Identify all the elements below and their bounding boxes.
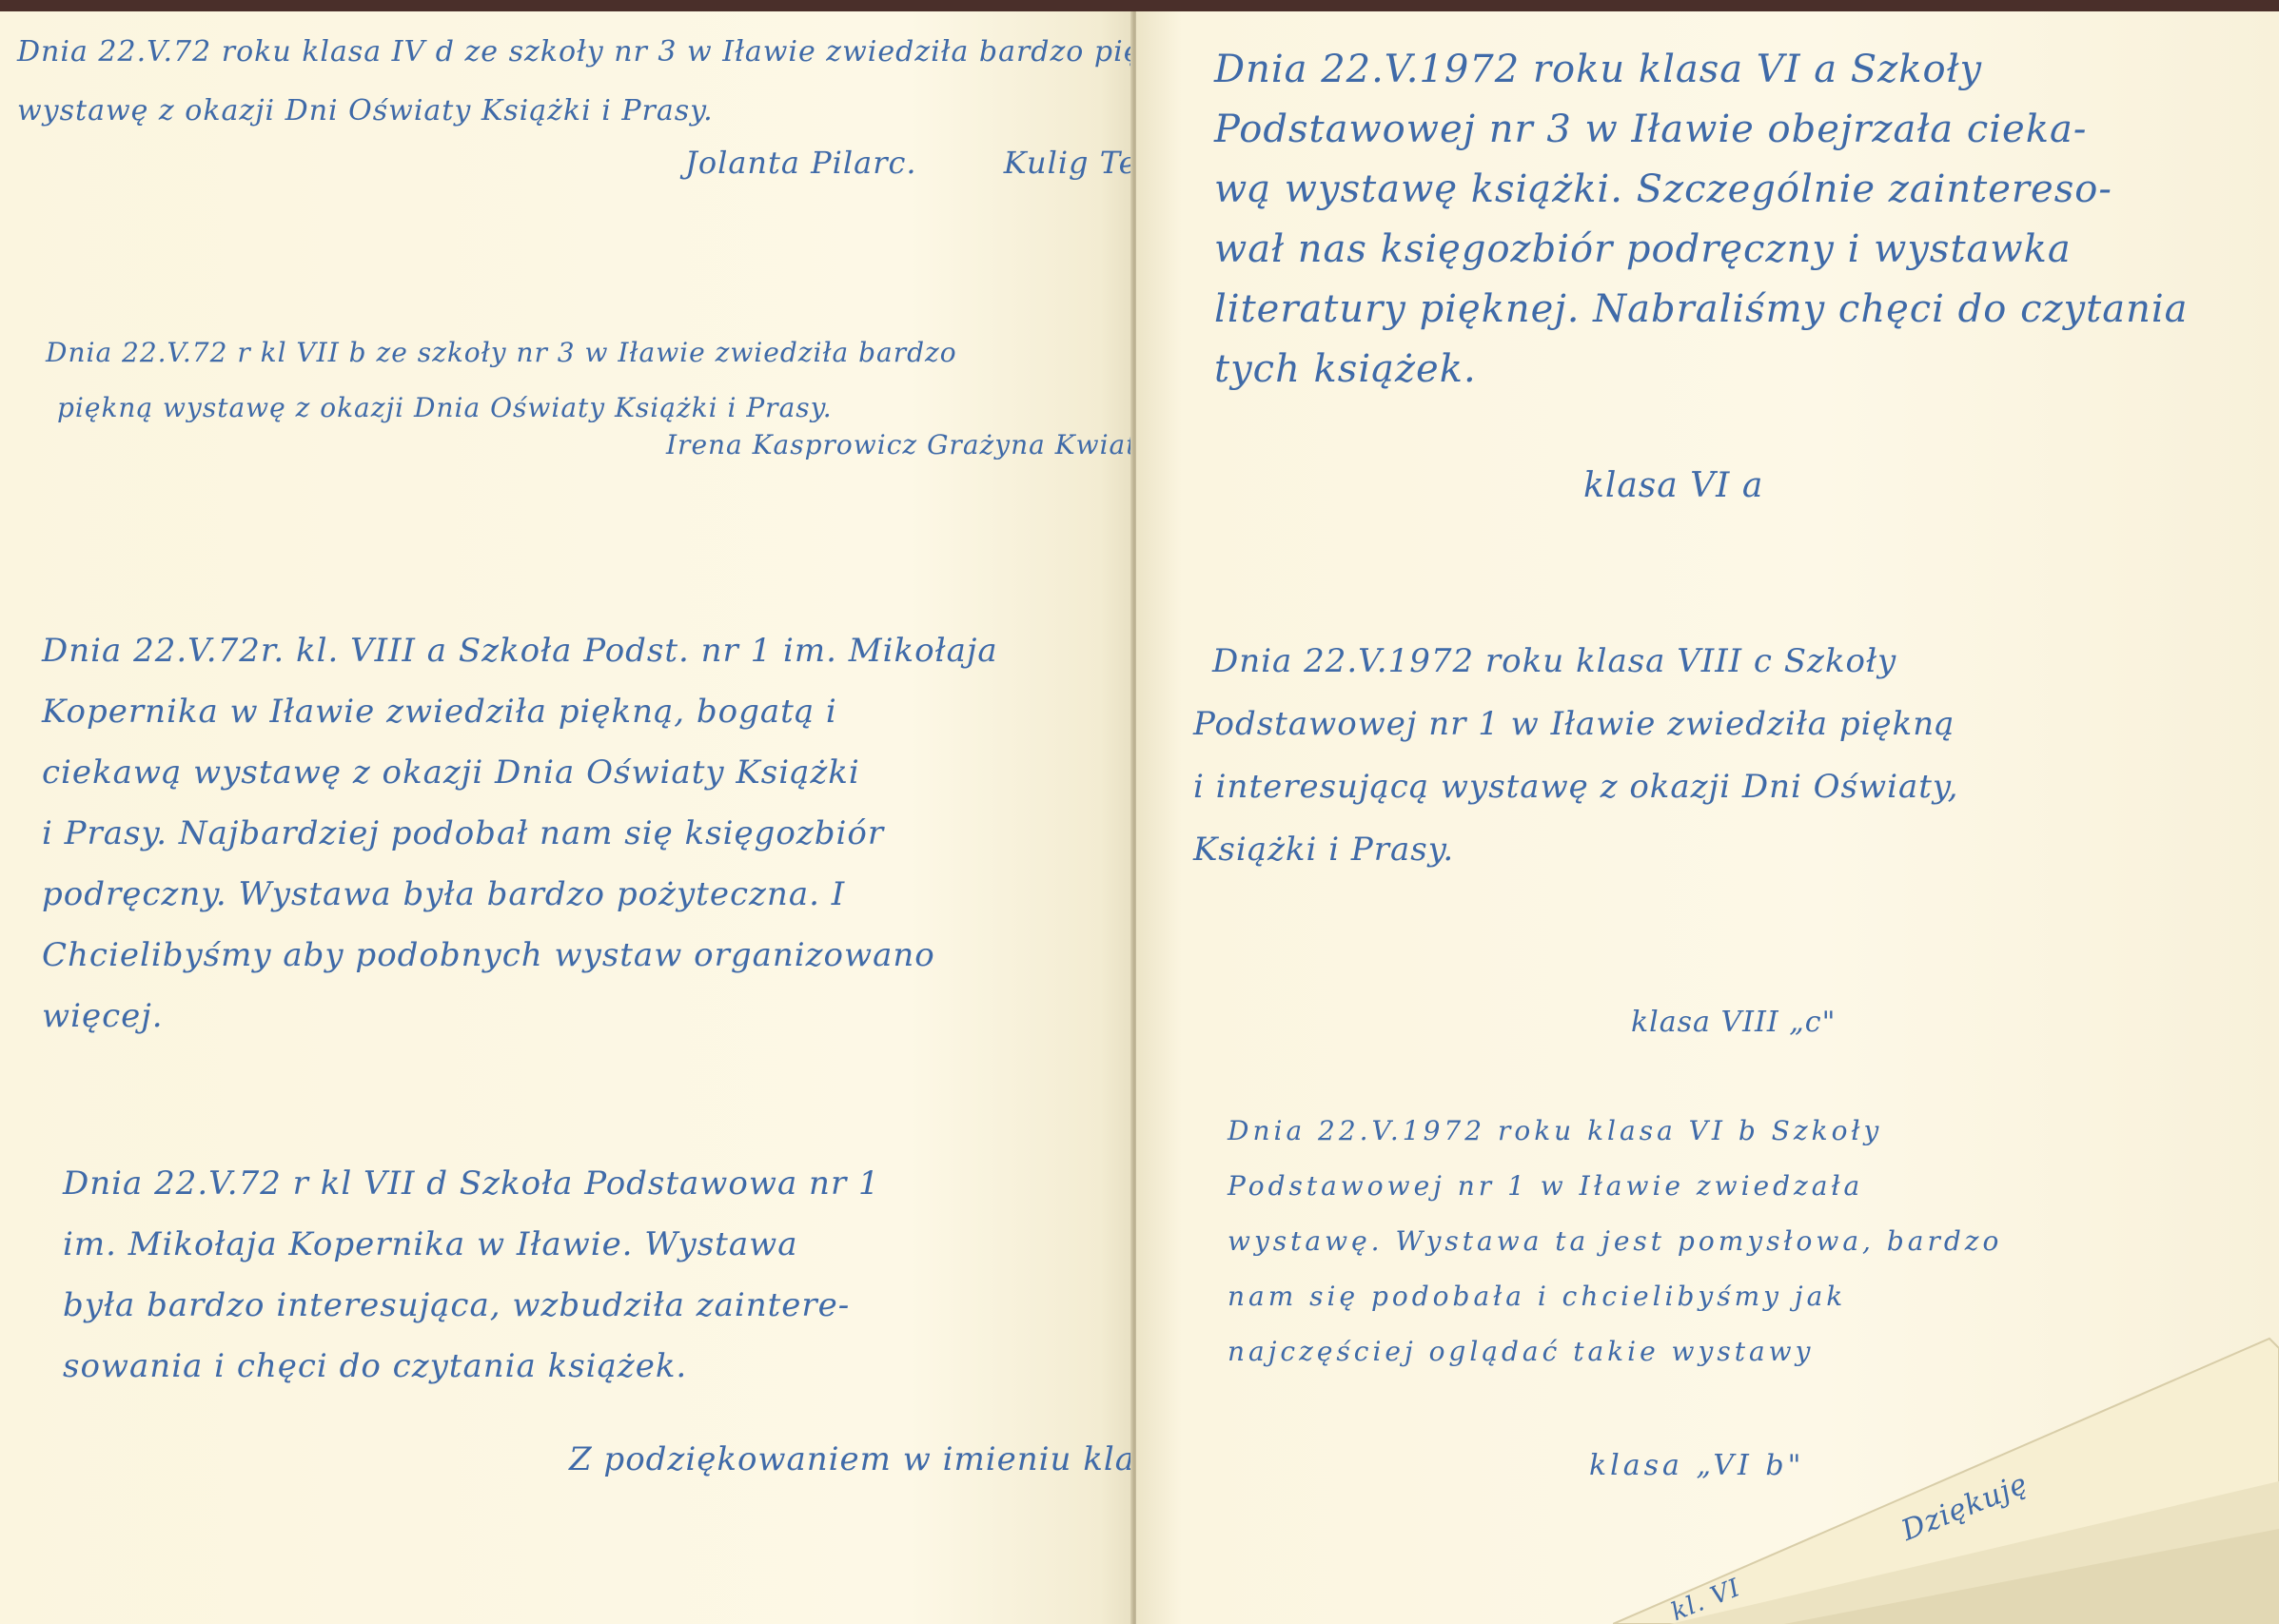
entry-line: Książki i Prasy. bbox=[1193, 818, 1958, 881]
entry-line: podręczny. Wystawa była bardzo pożyteczn… bbox=[42, 864, 998, 925]
entry-line: i Prasy. Najbardziej podobał nam się ksi… bbox=[42, 803, 998, 864]
entry-line: literatury pięknej. Nabraliśmy chęci do … bbox=[1214, 280, 2188, 340]
entry-class-7d: Dnia 22.V.72 r kl VII d Szkoła Podstawow… bbox=[63, 1153, 880, 1397]
entry-line: sowania i chęci do czytania książek. bbox=[63, 1336, 880, 1397]
entry-line: ciekawą wystawę z okazji Dnia Oświaty Ks… bbox=[42, 742, 998, 803]
left-page: Dnia 22.V.72 roku klasa IV d ze szkoły n… bbox=[0, 11, 1134, 1624]
entry-line: wą wystawę książki. Szczególnie zaintere… bbox=[1214, 160, 2188, 220]
entry-class-8c: Dnia 22.V.1972 roku klasa VIII c Szkoły … bbox=[1193, 630, 1958, 881]
entry-line: Podstawowej nr 3 w Iławie obejrzała ciek… bbox=[1214, 100, 2188, 160]
entry-line: Dnia 22.V.1972 roku klasa VI a Szkoły bbox=[1214, 40, 2188, 100]
signature: Irena Kasprowicz bbox=[666, 429, 917, 460]
book-cover-edge bbox=[0, 0, 2279, 11]
entry-class-8a: Dnia 22.V.72r. kl. VIII a Szkoła Podst. … bbox=[42, 620, 998, 1047]
entry-line: wał nas księgozbiór podręczny i wystawka bbox=[1214, 220, 2188, 280]
entry-line: Chcielibyśmy aby podobnych wystaw organi… bbox=[42, 925, 998, 986]
entry-line: wystawę z okazji Dni Oświaty Książki i P… bbox=[17, 84, 1197, 139]
signature: Z podziękowaniem bbox=[569, 1440, 892, 1478]
signature: Jolanta Pilarc. bbox=[685, 145, 917, 181]
entry-line: więcej. bbox=[42, 986, 998, 1047]
entry-line: Kopernika w Iławie zwiedziła piękną, bog… bbox=[42, 681, 998, 742]
entry-line: Dnia 22.V.1972 roku klasa VIII c Szkoły bbox=[1193, 630, 1958, 693]
entry-line: Dnia 22.V.72 roku klasa IV d ze szkoły n… bbox=[17, 25, 1197, 80]
folded-page-corner: Dziękuję kl. VI bbox=[1613, 1310, 2279, 1624]
entry-line: Dnia 22.V.1972 roku klasa VI b Szkoły bbox=[1228, 1104, 2002, 1159]
entry-line: im. Mikołaja Kopernika w Iławie. Wystawa bbox=[63, 1214, 880, 1275]
signature: klasa VI a bbox=[1583, 459, 1763, 514]
entry-line: wystawę. Wystawa ta jest pomysłowa, bard… bbox=[1228, 1214, 2002, 1269]
entry-line: Dnia 22.V.72 r kl VII b ze szkoły nr 3 w… bbox=[46, 325, 957, 381]
entry-class-4d: Dnia 22.V.72 roku klasa IV d ze szkoły n… bbox=[17, 25, 1197, 139]
entry-line: Dnia 22.V.72 r kl VII d Szkoła Podstawow… bbox=[63, 1153, 880, 1214]
entry-line: była bardzo interesująca, wzbudziła zain… bbox=[63, 1275, 880, 1336]
entry-line: tych książek. bbox=[1214, 340, 2188, 400]
entry-line: i interesującą wystawę z okazji Dni Oświ… bbox=[1193, 755, 1958, 818]
entry-line: Podstawowej nr 1 w Iławie zwiedziła pięk… bbox=[1193, 693, 1958, 755]
entry-line: Podstawowej nr 1 w Iławie zwiedzała bbox=[1228, 1159, 2002, 1214]
entry-class-6a: Dnia 22.V.1972 roku klasa VI a Szkoły Po… bbox=[1214, 40, 2188, 400]
signature: klasa VIII „c" bbox=[1631, 995, 1836, 1050]
entry-line: Dnia 22.V.72r. kl. VIII a Szkoła Podst. … bbox=[42, 620, 998, 681]
